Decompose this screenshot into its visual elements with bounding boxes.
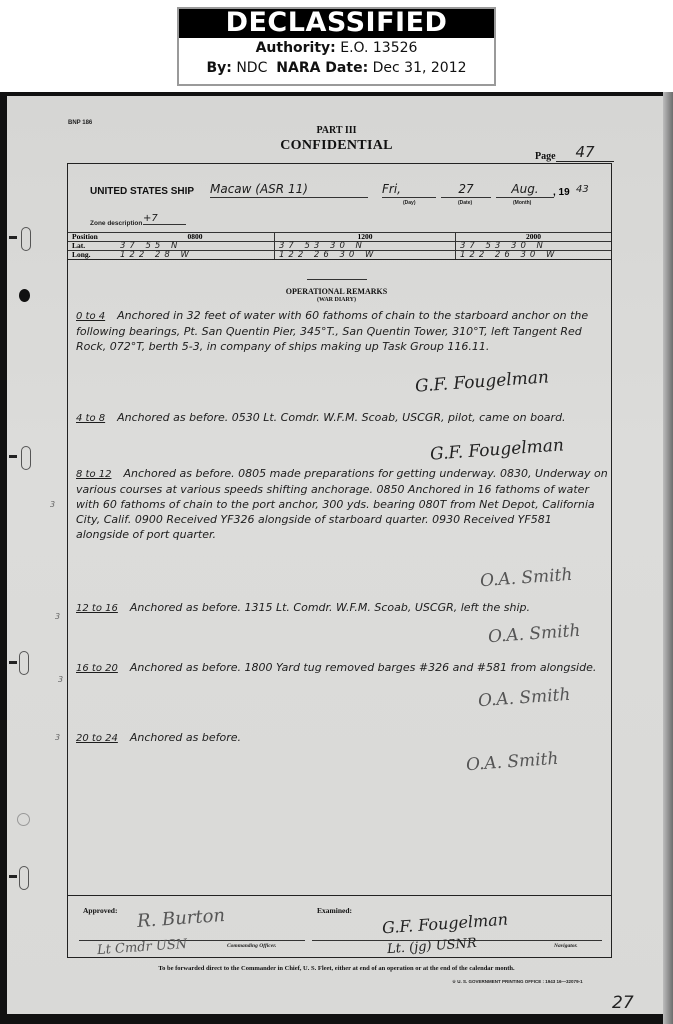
binder-clip-icon	[19, 651, 29, 675]
remark-entry: 12 to 16Anchored as before. 1315 Lt. Com…	[76, 600, 608, 616]
entry-text: Anchored as before. 1315 Lt. Comdr. W.F.…	[130, 601, 530, 614]
long-2000: 122 26 30 W	[456, 251, 612, 260]
remarks-title: OPERATIONAL REMARKS	[0, 287, 673, 296]
clip-bar	[9, 875, 17, 878]
stamp-authority: Authority: E.O. 13526	[179, 38, 494, 58]
watch-time: 12 to 16	[76, 603, 118, 614]
day-caption: (Day)	[403, 200, 416, 206]
year-field: 43	[576, 184, 589, 195]
zone-field: +7	[143, 214, 186, 225]
entry-text: Anchored as before. 1800 Yard tug remove…	[130, 661, 597, 674]
margin-mark: 3	[58, 675, 63, 684]
margin-mark: 3	[55, 612, 60, 621]
entry-text: Anchored in 32 feet of water with 60 fat…	[76, 309, 588, 353]
punch-hole-icon	[17, 813, 30, 826]
margin-mark: 3	[50, 500, 55, 509]
day-field: Fri,	[382, 182, 436, 198]
clip-bar	[9, 236, 17, 239]
watch-time: 20 to 24	[76, 733, 118, 744]
divider	[307, 279, 367, 280]
part-label: PART III	[0, 125, 673, 136]
remark-entry: 4 to 8Anchored as before. 0530 Lt. Comdr…	[76, 410, 608, 426]
year-prefix: , 19	[553, 187, 570, 198]
examined-signature: G.F. Fougelman	[381, 910, 508, 938]
clip-bar	[9, 455, 17, 458]
forwarding-instruction: To be forwarded direct to the Commander …	[0, 965, 673, 972]
position-table: Position 0800 1200 2000 Lat. 37 55 N 37 …	[68, 232, 611, 260]
watch-time: 8 to 12	[76, 469, 111, 480]
entry-text: Anchored as before.	[130, 731, 241, 744]
watch-time: 4 to 8	[76, 413, 105, 424]
stamped-page-number: 27	[612, 993, 634, 1013]
printer-imprint: ☆ U. S. GOVERNMENT PRINTING OFFICE : 194…	[452, 979, 583, 985]
entry-text: Anchored as before. 0530 Lt. Comdr. W.F.…	[117, 411, 565, 424]
zone-label: Zone description	[90, 220, 142, 227]
long-0800: 122 28 W	[116, 251, 275, 260]
long-1200: 122 26 30 W	[275, 251, 456, 260]
approval-block: Approved: R. Burton Lt Cmdr USN Commandi…	[67, 895, 612, 959]
date-caption: (Date)	[458, 200, 472, 206]
remark-entry: 20 to 24Anchored as before.	[76, 730, 608, 746]
commanding-officer-caption: Commanding Officer.	[227, 943, 276, 949]
margin-mark: 3	[55, 733, 60, 742]
remark-entry: 16 to 20Anchored as before. 1800 Yard tu…	[76, 660, 608, 676]
page-number: 47	[556, 143, 614, 162]
approved-signature: R. Burton	[136, 905, 225, 932]
stamp-nara: By: NDC NARA Date: Dec 31, 2012	[179, 58, 494, 78]
navigator-caption: Navigator.	[554, 943, 578, 949]
stamp-title: DECLASSIFIED	[179, 9, 494, 38]
long-label: Long.	[68, 251, 116, 260]
remarks-subtitle: (WAR DIARY)	[0, 297, 673, 303]
clip-bar	[9, 661, 17, 664]
binder-clip-icon	[19, 866, 29, 890]
ship-name-field: Macaw (ASR 11)	[210, 182, 368, 198]
examined-label: Examined:	[317, 906, 352, 915]
month-field: Aug.	[496, 182, 554, 198]
remark-entry: 0 to 4Anchored in 32 feet of water with …	[76, 308, 608, 354]
page-label: Page	[535, 151, 556, 162]
log-frame	[67, 163, 612, 958]
watch-time: 0 to 4	[76, 311, 105, 322]
entry-text: Anchored as before. 0805 made preparatio…	[76, 467, 608, 541]
binder-clip-icon	[21, 227, 31, 251]
declassified-stamp: DECLASSIFIED Authority: E.O. 13526 By: N…	[177, 7, 496, 86]
month-caption: (Month)	[513, 200, 531, 206]
watch-time: 16 to 20	[76, 663, 118, 674]
date-field: 27	[441, 182, 491, 198]
page-edge-shadow	[663, 92, 673, 1024]
remark-entry: 8 to 12Anchored as before. 0805 made pre…	[76, 466, 608, 542]
approved-signature-line	[79, 940, 305, 941]
ship-label: UNITED STATES SHIP	[90, 186, 194, 197]
binder-clip-icon	[21, 446, 31, 470]
approved-label: Approved:	[83, 906, 117, 915]
